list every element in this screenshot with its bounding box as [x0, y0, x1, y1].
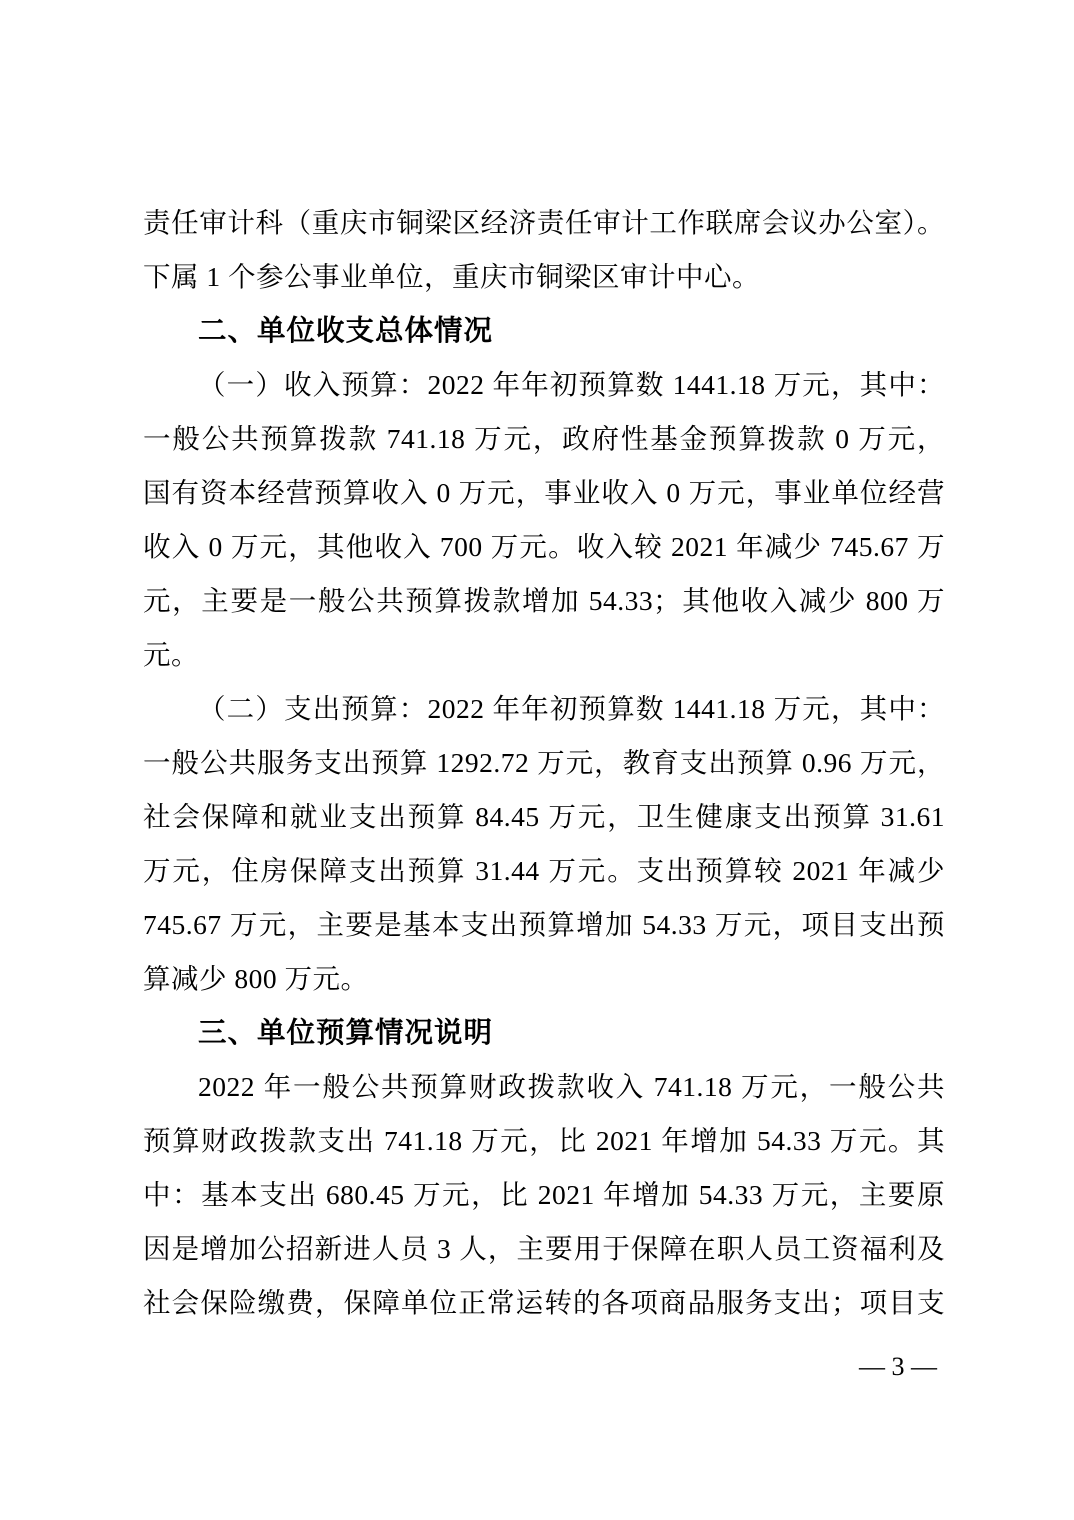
document-page: 责任审计科（重庆市铜梁区经济责任审计工作联席会议办公室）。下属 1 个参公事业单…	[0, 0, 1074, 1520]
text-line: 国有资本经营预算收入 0 万元，事业收入 0 万元，事业单位经营	[143, 466, 945, 520]
text-line: 745.67 万元，主要是基本支出预算增加 54.33 万元，项目支出预	[143, 898, 945, 952]
text-line: 收入 0 万元，其他收入 700 万元。收入较 2021 年减少 745.67 …	[143, 520, 945, 574]
page-number: — 3 —	[859, 1352, 937, 1381]
text-line: 元，主要是一般公共预算拨款增加 54.33；其他收入减少 800 万	[143, 574, 945, 628]
text-line: 2022 年一般公共预算财政拨款收入 741.18 万元，一般公共	[143, 1060, 945, 1114]
text-line: 社会保障和就业支出预算 84.45 万元，卫生健康支出预算 31.61	[143, 790, 945, 844]
text-line: 万元，住房保障支出预算 31.44 万元。支出预算较 2021 年减少	[143, 844, 945, 898]
text-line: 下属 1 个参公事业单位，重庆市铜梁区审计中心。	[143, 250, 945, 304]
text-line: 中：基本支出 680.45 万元，比 2021 年增加 54.33 万元，主要原	[143, 1168, 945, 1222]
section-heading: 二、单位收支总体情况	[143, 304, 945, 358]
document-body: 责任审计科（重庆市铜梁区经济责任审计工作联席会议办公室）。下属 1 个参公事业单…	[143, 196, 945, 1330]
text-line: 社会保险缴费，保障单位正常运转的各项商品服务支出；项目支	[143, 1276, 945, 1330]
text-line: （一）收入预算：2022 年年初预算数 1441.18 万元，其中：	[143, 358, 945, 412]
text-line: 元。	[143, 628, 945, 682]
text-line: 责任审计科（重庆市铜梁区经济责任审计工作联席会议办公室）。	[143, 196, 945, 250]
text-line: 因是增加公招新进人员 3 人，主要用于保障在职人员工资福利及	[143, 1222, 945, 1276]
text-line: 算减少 800 万元。	[143, 952, 945, 1006]
section-heading: 三、单位预算情况说明	[143, 1006, 945, 1060]
text-line: （二）支出预算：2022 年年初预算数 1441.18 万元，其中：	[143, 682, 945, 736]
text-line: 预算财政拨款支出 741.18 万元，比 2021 年增加 54.33 万元。其	[143, 1114, 945, 1168]
text-line: 一般公共服务支出预算 1292.72 万元，教育支出预算 0.96 万元，	[143, 736, 945, 790]
page-footer: — 3 —	[859, 1352, 937, 1382]
text-line: 一般公共预算拨款 741.18 万元，政府性基金预算拨款 0 万元，	[143, 412, 945, 466]
